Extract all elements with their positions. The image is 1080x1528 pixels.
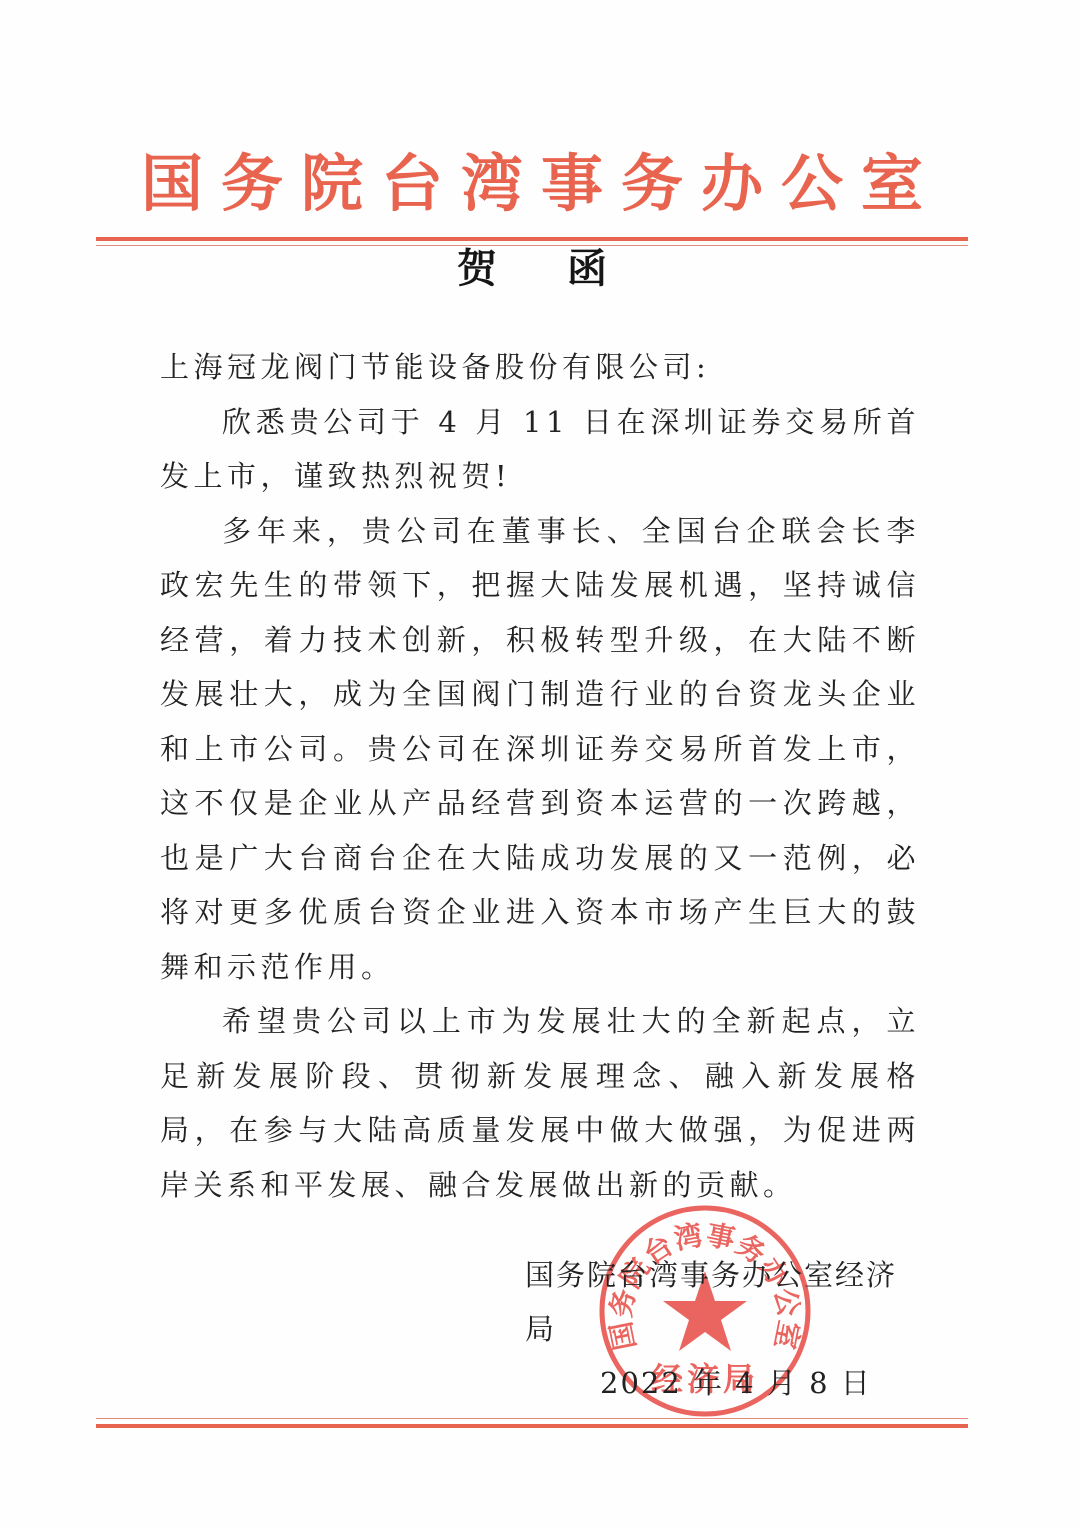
letterhead-divider-thick bbox=[96, 237, 968, 241]
letterhead-org-name: 国务院台湾事务办公室 bbox=[96, 146, 968, 222]
signature-organization: 国务院台湾事务办公室经济局 bbox=[525, 1248, 925, 1356]
salutation: 上海冠龙阀门节能设备股份有限公司: bbox=[160, 340, 920, 395]
letter-body: 上海冠龙阀门节能设备股份有限公司: 欣悉贵公司于 4 月 11 日在深圳证券交易… bbox=[160, 340, 920, 1212]
footer-divider-thin bbox=[96, 1418, 968, 1419]
document-title: 贺函 bbox=[96, 242, 968, 296]
paragraph-3: 希望贵公司以上市为发展壮大的全新起点，立足新发展阶段、贯彻新发展理念、融入新发展… bbox=[160, 994, 920, 1212]
paragraph-2: 多年来，贵公司在董事长、全国台企联会长李政宏先生的带领下，把握大陆发展机遇，坚持… bbox=[160, 504, 920, 995]
signature-block: 国务院台湾事务办公室经济局 2022 年 4 月 8 日 bbox=[525, 1248, 925, 1410]
footer-divider-thick bbox=[96, 1424, 968, 1428]
paragraph-1: 欣悉贵公司于 4 月 11 日在深圳证券交易所首发上市，谨致热烈祝贺! bbox=[160, 395, 920, 504]
signature-date: 2022 年 4 月 8 日 bbox=[525, 1356, 925, 1410]
